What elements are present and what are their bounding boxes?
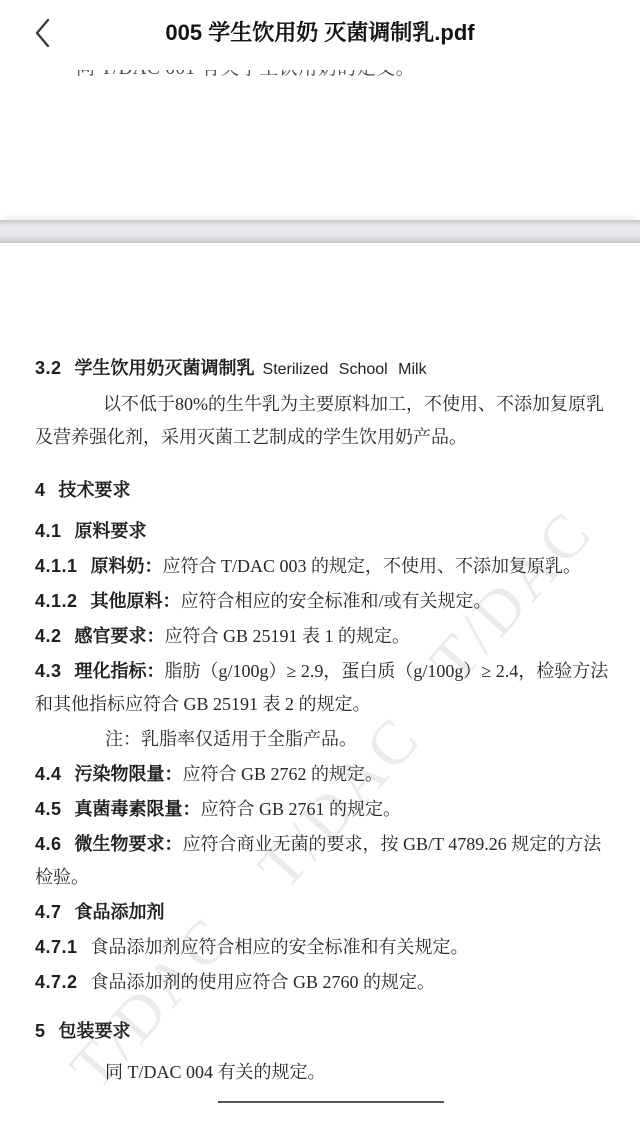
page-content: 3.2学生饮用奶灭菌调制乳Sterilized School Milk 以不低于… <box>0 243 640 1103</box>
section-3-2-paragraph: 以不低于80%的生牛乳为主要原料加工，不使用、不添加复原乳及营养强化剂，采用灭菌… <box>35 388 612 454</box>
section-4-7-heading: 4.7食品添加剂 <box>35 896 612 929</box>
section-5-heading: 5包装要求 <box>35 1015 612 1048</box>
header-bar: 005 学生饮用奶 灭菌调制乳.pdf <box>0 0 640 62</box>
clause-4-3: 4.3理化指标：脂肪（g/100g）≥ 2.9，蛋白质（g/100g）≥ 2.4… <box>35 655 612 721</box>
page-separator <box>0 220 640 243</box>
section-5-paragraph: 同 T/DAC 004 有关的规定。 <box>35 1056 612 1089</box>
clause-4-7-1: 4.7.1食品添加剂应符合相应的安全标准和有关规定。 <box>35 931 612 964</box>
document-scroll-area[interactable]: 同 T/DAC 001 有关学生饮用奶的定义。 T/DAC T/DAC T/DA… <box>0 70 640 1127</box>
chevron-left-icon <box>32 38 54 53</box>
section-4-1-heading: 4.1原料要求 <box>35 515 612 548</box>
clause-4-2: 4.2感官要求：应符合 GB 25191 表 1 的规定。 <box>35 620 612 653</box>
clause-4-4: 4.4污染物限量：应符合 GB 2762 的规定。 <box>35 758 612 791</box>
section-4-heading: 4技术要求 <box>35 474 612 507</box>
clause-4-7-2: 4.7.2食品添加剂的使用应符合 GB 2760 的规定。 <box>35 966 612 999</box>
document-title: 005 学生饮用奶 灭菌调制乳.pdf <box>70 0 570 62</box>
section-3-2-heading: 3.2学生饮用奶灭菌调制乳Sterilized School Milk <box>35 352 612 386</box>
clause-4-6: 4.6微生物要求：应符合商业无菌的要求，按 GB/T 4789.26 规定的方法… <box>35 828 612 894</box>
back-button[interactable] <box>26 16 60 50</box>
clause-4-1-1: 4.1.1原料奶：应符合 T/DAC 003 的规定，不使用、不添加复原乳。 <box>35 550 612 583</box>
clause-4-5: 4.5真菌毒素限量：应符合 GB 2761 的规定。 <box>35 793 612 826</box>
clause-4-1-2: 4.1.2其他原料：应符合相应的安全标准和/或有关规定。 <box>35 585 612 618</box>
pdf-viewer-screen: 005 学生饮用奶 灭菌调制乳.pdf 同 T/DAC 001 有关学生饮用奶的… <box>0 0 640 1127</box>
section-3-2-english-title: Sterilized School Milk <box>263 361 427 378</box>
end-of-document-rule <box>218 1101 444 1103</box>
clause-4-3-note: 注：乳脂率仅适用于全脂产品。 <box>35 723 612 756</box>
pdf-page: T/DAC T/DAC T/DAC 3.2学生饮用奶灭菌调制乳Sterilize… <box>0 243 640 1127</box>
previous-page-clipped-line: 同 T/DAC 001 有关学生饮用奶的定义。 <box>0 70 640 84</box>
